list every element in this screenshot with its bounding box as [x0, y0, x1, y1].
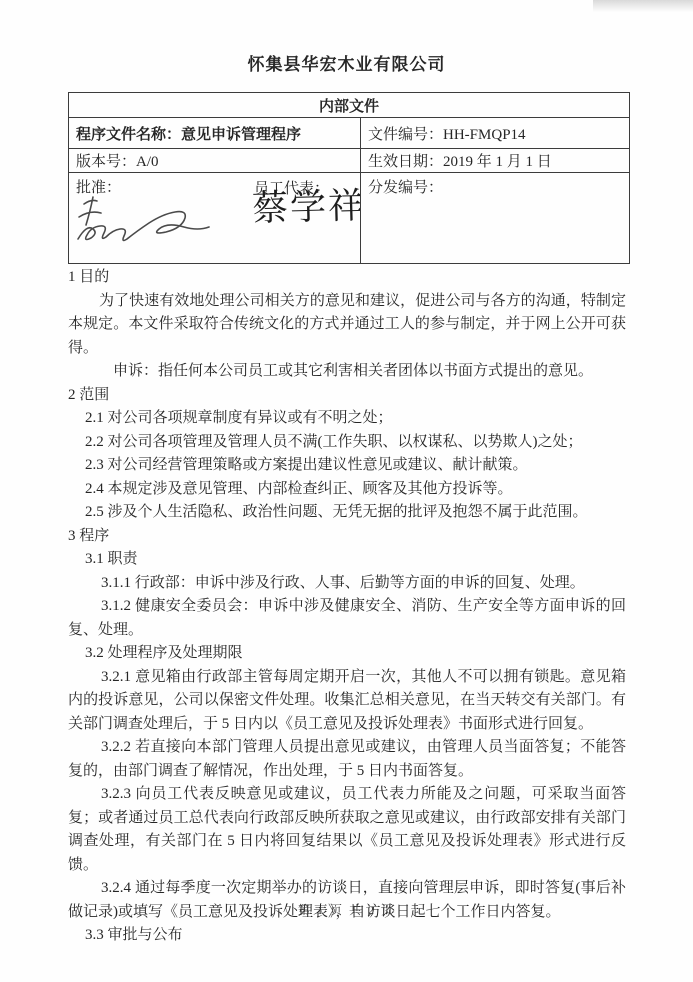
section-heading: 2 范围 — [68, 384, 626, 408]
list-item: 2.3 对公司经营管理策略或方案提出建议性意见或建议、献计献策。 — [68, 454, 626, 478]
doc-number-cell: 文件编号：HH-FMQP14 — [361, 118, 630, 149]
approval-signature-cell: 批准： 员工代表： 蔡学祥 — [69, 173, 361, 264]
paragraph: 3.1.2 健康安全委员会：申诉中涉及健康安全、消防、生产安全等方面申诉的回复、… — [68, 595, 626, 642]
approval-signature-scribble-icon — [73, 193, 235, 251]
list-item: 2.2 对公司各项管理及管理人员不满(工作失职、以权谋私、以势欺人)之处； — [68, 431, 626, 455]
sub-heading: 3.1 职责 — [68, 548, 626, 572]
paragraph: 3.2.1 意见箱由行政部主管每周定期开启一次，其他人不可以拥有锁匙。意见箱内的… — [68, 666, 626, 737]
distribution-label: 分发编号： — [368, 180, 443, 196]
paragraph: 为了快速有效地处理公司相关方的意见和建议，促进公司与各方的沟通，特制定本规定。本… — [68, 290, 626, 361]
scan-edge-artifact — [593, 0, 693, 12]
list-item: 2.4 本规定涉及意见管理、内部检查纠正、顾客及其他方投诉等。 — [68, 478, 626, 502]
page-number-footer: 第 1 页 共 2 页 — [0, 901, 693, 918]
version-value: A/0 — [136, 154, 159, 170]
distribution-number-cell: 分发编号： — [361, 173, 630, 264]
effective-date-cell: 生效日期：2019 年 1 月 1 日 — [361, 149, 630, 173]
doc-name-label: 程序文件名称： — [76, 127, 181, 143]
document-header-table: 内部文件 程序文件名称：意见申诉管理程序 文件编号：HH-FMQP14 版本号：… — [68, 92, 630, 264]
effective-date-value: 2019 年 1 月 1 日 — [443, 154, 552, 170]
list-item: 2.1 对公司各项规章制度有异议或有不明之处； — [68, 407, 626, 431]
list-item: 3.1.1 行政部：申诉中涉及行政、人事、后勤等方面的申诉的回复、处理。 — [68, 572, 626, 596]
version-cell: 版本号：A/0 — [69, 149, 361, 173]
employee-rep-signature: 蔡学祥 — [251, 186, 360, 229]
doc-number-label: 文件编号： — [368, 127, 443, 143]
section-heading: 1 目的 — [68, 266, 626, 290]
paragraph: 申诉：指任何本公司员工或其它利害相关者团体以书面方式提出的意见。 — [68, 360, 626, 384]
sub-heading: 3.2 处理程序及处理期限 — [68, 642, 626, 666]
list-item: 2.5 涉及个人生活隐私、政治性问题、无凭无据的批评及抱怨不属于此范围。 — [68, 501, 626, 525]
doc-number-value: HH-FMQP14 — [443, 127, 526, 143]
doc-name-cell: 程序文件名称：意见申诉管理程序 — [69, 118, 361, 149]
doc-type-cell: 内部文件 — [69, 93, 630, 118]
paragraph: 3.2.3 向员工代表反映意见或建议，员工代表力所能及之问题，可采取当面答复；或… — [68, 783, 626, 877]
doc-name-value: 意见申诉管理程序 — [181, 127, 301, 143]
document-page: 怀集县华宏木业有限公司 内部文件 程序文件名称：意见申诉管理程序 文件编号：HH… — [0, 0, 693, 982]
version-label: 版本号： — [76, 154, 136, 170]
section-heading: 3 程序 — [68, 525, 626, 549]
effective-date-label: 生效日期： — [368, 154, 443, 170]
document-body: 1 目的 为了快速有效地处理公司相关方的意见和建议，促进公司与各方的沟通，特制定… — [68, 266, 626, 948]
paragraph: 3.2.2 若直接向本部门管理人员提出意见或建议，由管理人员当面答复；不能答复的… — [68, 736, 626, 783]
company-title: 怀集县华宏木业有限公司 — [0, 50, 693, 75]
sub-heading: 3.3 审批与公布 — [68, 924, 626, 948]
